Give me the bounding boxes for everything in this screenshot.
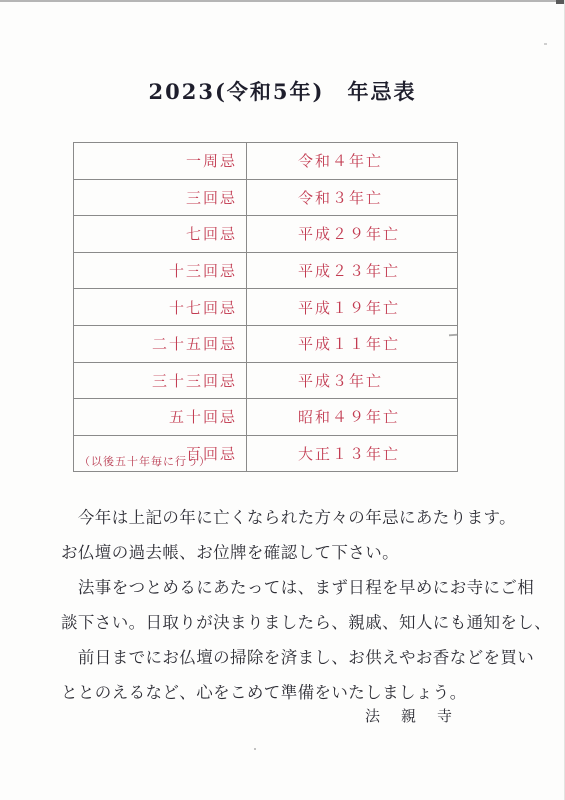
paragraph: 今年は上記の年に亡くなられた方々の年忌にあたります。 お仏壇の過去帳、お位牌を確…	[61, 500, 521, 570]
death-year-cell: 昭和４９年亡	[247, 399, 458, 436]
text-line: 前日までにお仏壇の掃除を済まし、お供えやお香などを買い	[61, 640, 521, 675]
memorial-cell: 十三回忌	[74, 252, 247, 289]
text-line: 談下さい。日取りが決まりましたら、親戚、知人にも通知をし、	[61, 605, 521, 640]
memorial-cell: 二十五回忌	[74, 325, 247, 362]
memorial-cell: 三十三回忌	[74, 362, 247, 399]
table-row: 七回忌 平成２９年亡	[74, 216, 458, 253]
scanned-document-page: 2023(令和5年) 年忌表 一周忌 令和４年亡 三回忌 令和３年亡 七回忌 平…	[0, 0, 565, 800]
table-row: 十七回忌 平成１９年亡	[74, 289, 458, 326]
memorial-cell: 七回忌	[74, 216, 247, 253]
text-line: お仏壇の過去帳、お位牌を確認して下さい。	[61, 535, 521, 570]
text-line: 法事をつとめるにあたっては、まず日程を早めにお寺にご相	[61, 570, 521, 605]
death-year-cell: 大正１３年亡	[247, 435, 458, 472]
death-year-cell: 平成３年亡	[247, 362, 458, 399]
death-year-cell: 平成１９年亡	[247, 289, 458, 326]
scan-top-edge-artifact	[0, 0, 565, 2]
memorial-year-table: 一周忌 令和４年亡 三回忌 令和３年亡 七回忌 平成２９年亡 十三回忌 平成２３…	[73, 142, 458, 472]
table-row: 三回忌 令和３年亡	[74, 179, 458, 216]
body-text: 今年は上記の年に亡くなられた方々の年忌にあたります。 お仏壇の過去帳、お位牌を確…	[61, 500, 521, 710]
table-row: 五十回忌 昭和４９年亡	[74, 399, 458, 436]
temple-signature: 法 親 寺	[365, 705, 455, 726]
table-row: 一周忌 令和４年亡	[74, 143, 458, 180]
memorial-cell: 五十回忌	[74, 399, 247, 436]
memorial-cell: 一周忌	[74, 143, 247, 180]
death-year-cell: 平成１１年亡	[247, 325, 458, 362]
table-row: 十三回忌 平成２３年亡	[74, 252, 458, 289]
memorial-cell: 十七回忌	[74, 289, 247, 326]
paragraph: 法事をつとめるにあたっては、まず日程を早めにお寺にご相 談下さい。日取りが決まり…	[61, 570, 521, 640]
table-row: 二十五回忌 平成１１年亡	[74, 325, 458, 362]
death-year-cell: 令和３年亡	[247, 179, 458, 216]
paragraph: 前日までにお仏壇の掃除を済まし、お供えやお香などを買い ととのえるなど、心をこめ…	[61, 640, 521, 710]
page-title: 2023(令和5年) 年忌表	[0, 76, 565, 106]
scan-speck	[254, 748, 256, 750]
death-year-cell: 平成２９年亡	[247, 216, 458, 253]
text-line: 今年は上記の年に亡くなられた方々の年忌にあたります。	[61, 500, 521, 535]
table-row: 三十三回忌 平成３年亡	[74, 362, 458, 399]
death-year-cell: 平成２３年亡	[247, 252, 458, 289]
scan-speck	[544, 43, 547, 45]
death-year-cell: 令和４年亡	[247, 143, 458, 180]
table-footnote: （以後五十年毎に行う）	[79, 453, 211, 469]
memorial-cell: 三回忌	[74, 179, 247, 216]
